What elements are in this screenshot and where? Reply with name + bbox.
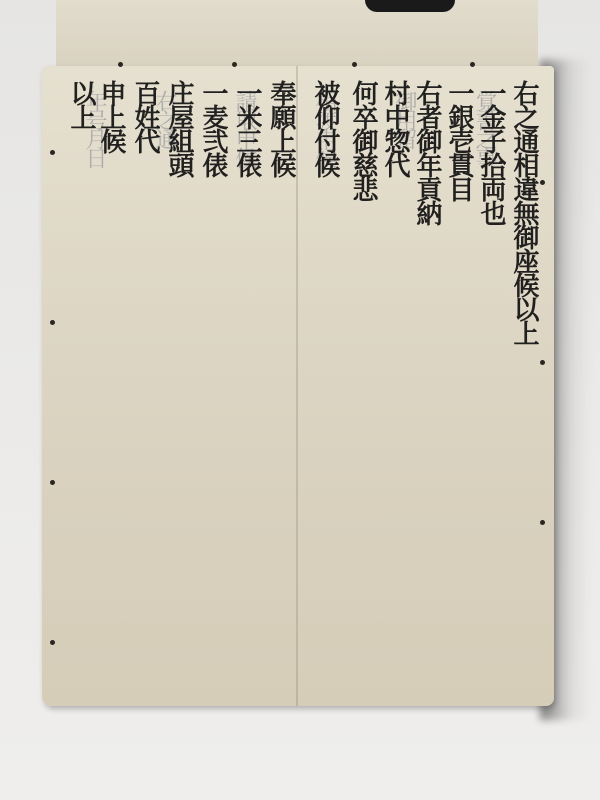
binding-hole bbox=[50, 640, 55, 645]
calligraphy-column: 奉願上候 bbox=[262, 80, 296, 670]
calligraphy-column: 何卒御慈悲 bbox=[344, 80, 378, 670]
calligraphy-column: 一麦弐俵 bbox=[194, 80, 228, 670]
calligraphy-column: 被仰付候 bbox=[306, 80, 340, 670]
page-fold-line bbox=[296, 66, 298, 706]
binding-hole bbox=[540, 360, 545, 365]
binding-hole bbox=[470, 62, 475, 67]
binding-hole bbox=[540, 520, 545, 525]
binding-hole bbox=[540, 180, 545, 185]
calligraphy-column: 百姓代 bbox=[126, 80, 160, 670]
binding-hole bbox=[50, 150, 55, 155]
binding-hole bbox=[232, 62, 237, 67]
binding-hole bbox=[352, 62, 357, 67]
calligraphy-column: 一金子拾両也 bbox=[472, 80, 506, 670]
calligraphy-column: 右者御年貢納 bbox=[408, 80, 442, 670]
calligraphy-column: 一米三俵 bbox=[228, 80, 262, 670]
calligraphy-column: 村中惣代 bbox=[376, 80, 410, 670]
calligraphy-column: 一銀壱貫目 bbox=[440, 80, 474, 670]
binding-hole bbox=[50, 480, 55, 485]
calligraphy-column: 右之通相違無御座候以上 bbox=[505, 80, 539, 670]
binding-hole bbox=[50, 320, 55, 325]
binding-hole bbox=[118, 62, 123, 67]
calligraphy-column: 以上 bbox=[62, 80, 96, 670]
calligraphy-column: 申上候 bbox=[92, 80, 126, 670]
calligraphy-column: 庄屋組頭 bbox=[160, 80, 194, 670]
scene-description: Old Japanese handwritten manuscript (cur… bbox=[0, 0, 1, 1]
upper-folded-sheet bbox=[56, 0, 538, 71]
ink-blot bbox=[365, 0, 455, 12]
